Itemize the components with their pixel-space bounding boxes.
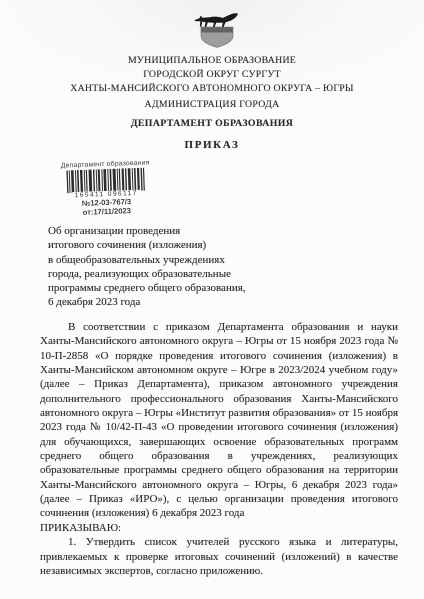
subject-block: Об организации проведения итогового сочи… bbox=[48, 224, 246, 310]
paragraph-preamble: В соответствии с приказом Департамента о… bbox=[40, 320, 398, 521]
barcode: 165411 096117 bbox=[49, 167, 162, 200]
organization-name: МУНИЦИПАЛЬНОЕ ОБРАЗОВАНИЕ ГОРОДСКОЙ ОКРУ… bbox=[0, 54, 424, 95]
doc-type-title: ПРИКАЗ bbox=[0, 139, 424, 151]
document-page: МУНИЦИПАЛЬНОЕ ОБРАЗОВАНИЕ ГОРОДСКОЙ ОКРУ… bbox=[0, 0, 424, 599]
body-text: В соответствии с приказом Департамента о… bbox=[40, 320, 398, 578]
department-line: ДЕПАРТАМЕНТ ОБРАЗОВАНИЯ bbox=[0, 118, 424, 129]
org-line: ХАНТЫ-МАНСИЙСКОГО АВТОНОМНОГО ОКРУГА – Ю… bbox=[0, 82, 424, 96]
order-item-1: 1. Утвердить список учителей русского яз… bbox=[40, 535, 398, 578]
subject-line: итогового сочинения (изложения) bbox=[48, 238, 246, 252]
administration-line: АДМИНИСТРАЦИЯ ГОРОДА bbox=[0, 99, 424, 110]
coat-of-arms-icon bbox=[192, 12, 242, 50]
subject-line: 6 декабря 2023 года bbox=[48, 295, 246, 309]
subject-line: города, реализующих образовательные bbox=[48, 267, 246, 281]
subject-line: в общеобразовательных учреждениях bbox=[48, 253, 246, 267]
resolution-line: ПРИКАЗЫВАЮ: bbox=[40, 521, 398, 535]
org-line: МУНИЦИПАЛЬНОЕ ОБРАЗОВАНИЕ bbox=[0, 54, 424, 68]
org-line: ГОРОДСКОЙ ОКРУГ СУРГУТ bbox=[0, 68, 424, 82]
subject-line: программы среднего общего образования, bbox=[48, 281, 246, 295]
subject-line: Об организации проведения bbox=[48, 224, 246, 238]
barcode-stamp: Департамент образования bbox=[49, 159, 163, 218]
